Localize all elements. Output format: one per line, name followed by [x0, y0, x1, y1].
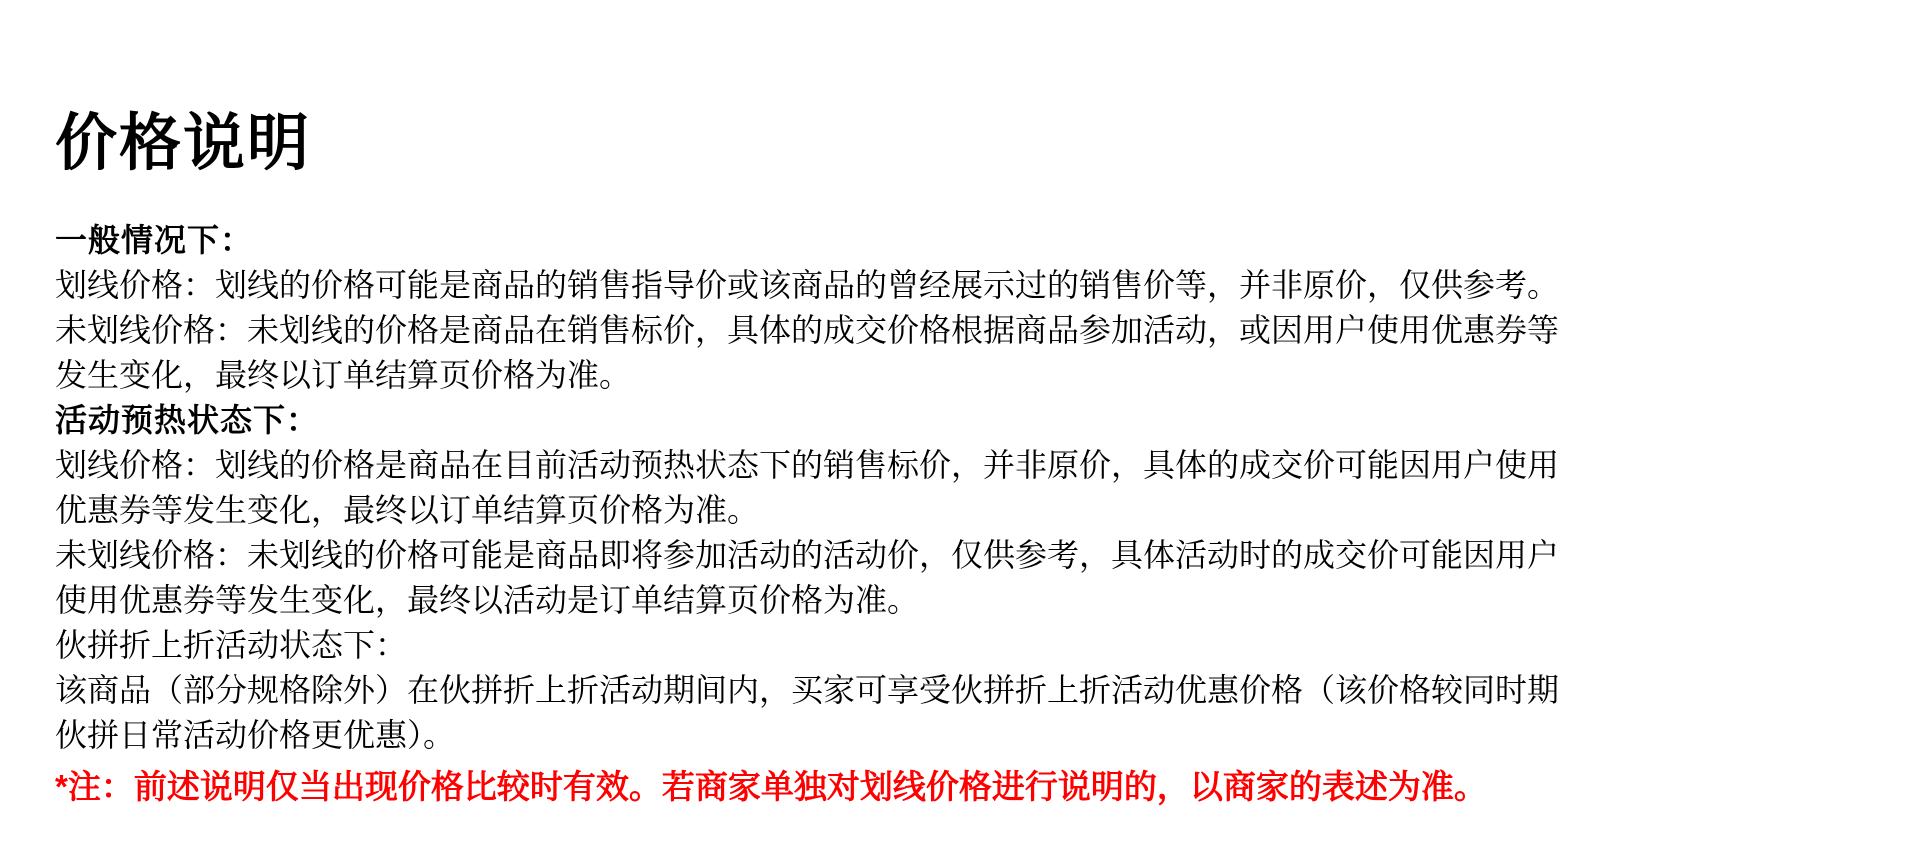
line-crossed-price-general: 划线价格：划线的价格可能是商品的销售指导价或该商品的曾经展示过的销售价等，并非原… [55, 263, 1885, 308]
line-huopin-discount-2: 伙拼日常活动价格更优惠）。 [55, 713, 1885, 758]
section-heading-huopin-discount: 伙拼折上折活动状态下： [55, 623, 1885, 668]
line-crossed-price-preheat-2: 优惠券等发生变化，最终以订单结算页价格为准。 [55, 488, 1885, 533]
price-explanation-page: 价格说明 一般情况下： 划线价格：划线的价格可能是商品的销售指导价或该商品的曾经… [0, 0, 1920, 850]
price-explanation-body: 一般情况下： 划线价格：划线的价格可能是商品的销售指导价或该商品的曾经展示过的销… [55, 218, 1885, 809]
line-crossed-price-preheat-1: 划线价格：划线的价格是商品在目前活动预热状态下的销售标价，并非原价，具体的成交价… [55, 443, 1885, 488]
section-heading-activity-preheat: 活动预热状态下： [55, 398, 1885, 443]
line-uncrossed-price-general-1: 未划线价格：未划线的价格是商品在销售标价，具体的成交价格根据商品参加活动，或因用… [55, 308, 1885, 353]
line-uncrossed-price-general-2: 发生变化，最终以订单结算页价格为准。 [55, 353, 1885, 398]
line-huopin-discount-1: 该商品（部分规格除外）在伙拼折上折活动期间内，买家可享受伙拼折上折活动优惠价格（… [55, 668, 1885, 713]
section-heading-general-case: 一般情况下： [55, 218, 1885, 263]
footnote-price-comparison: *注：前述说明仅当出现价格比较时有效。若商家单独对划线价格进行说明的，以商家的表… [55, 764, 1885, 809]
page-title: 价格说明 [55, 110, 311, 178]
line-uncrossed-price-preheat-2: 使用优惠券等发生变化，最终以活动是订单结算页价格为准。 [55, 578, 1885, 623]
line-uncrossed-price-preheat-1: 未划线价格：未划线的价格可能是商品即将参加活动的活动价，仅供参考，具体活动时的成… [55, 533, 1885, 578]
